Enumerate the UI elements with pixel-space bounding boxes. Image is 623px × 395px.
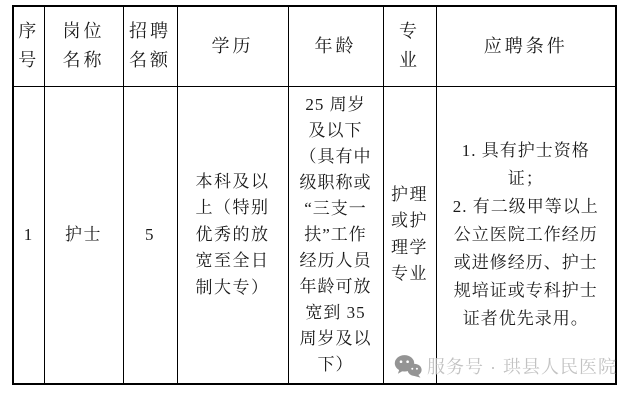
cell-major: 护理 或护 理学 专业 <box>383 86 436 384</box>
cell-seq: 1 <box>13 86 44 384</box>
cell-quota: 5 <box>123 86 177 384</box>
table-row: 1 护士 5 本科及以 上（特别 优秀的放 宽至全日 制大专） 25 周岁 及以… <box>13 86 616 384</box>
cell-age: 25 周岁 及以下 （具有中 级职称或 “三支一 扶”工作 经历人员 年龄可放 … <box>288 86 383 384</box>
header-cell-quota: 招聘 名额 <box>123 6 177 86</box>
document-page: 序 号 岗位 名称 招聘 名额 学历 年龄 专 业 应聘条件 1 护士 5 本科… <box>0 0 623 395</box>
recruitment-table: 序 号 岗位 名称 招聘 名额 学历 年龄 专 业 应聘条件 1 护士 5 本科… <box>12 5 617 385</box>
cell-education: 本科及以 上（特别 优秀的放 宽至全日 制大专） <box>177 86 288 384</box>
table-header-row: 序 号 岗位 名称 招聘 名额 学历 年龄 专 业 应聘条件 <box>13 6 616 86</box>
header-cell-position: 岗位 名称 <box>44 6 123 86</box>
header-cell-conditions: 应聘条件 <box>436 6 616 86</box>
cell-conditions: 1. 具有护士资格 证； 2. 有二级甲等以上 公立医院工作经历 或进修经历、护… <box>436 86 616 384</box>
header-cell-major: 专 业 <box>383 6 436 86</box>
cell-position: 护士 <box>44 86 123 384</box>
header-cell-age: 年龄 <box>288 6 383 86</box>
header-cell-seq: 序 号 <box>13 6 44 86</box>
header-cell-education: 学历 <box>177 6 288 86</box>
